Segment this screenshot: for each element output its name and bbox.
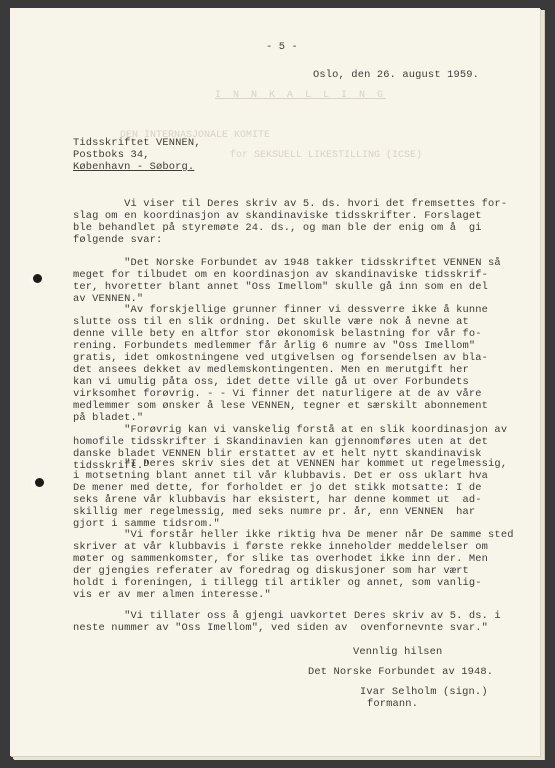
bleed-through-heading: I N N K A L L I N G [215,90,386,101]
text-line: ter, hvoretter blant annet "Oss Imellom"… [73,282,488,294]
text-line: homofile tidsskrifter i Skandinavien kan… [73,437,488,449]
text-line: De mener med dette, for forholdet er jo … [73,483,482,495]
text-line: seks årene vår klubbavis har eksistert, … [73,495,482,507]
recipient-line: Tidsskriftet VENNEN, [73,138,201,150]
punch-hole [33,274,42,283]
text-line: der gjengies referater av foredrag og di… [73,566,469,578]
text-line: det ansees dekket av medlemskontingenten… [73,365,469,377]
text-line: rening. Forbundets medlemmer får årlig 6… [73,341,475,353]
text-line: følgende svar: [73,235,162,247]
bleed-through-line: for SEKSUELL LIKESTILLING (ICSE) [230,150,422,161]
text-line: denne ville bety en altfor stor økonomis… [73,329,482,341]
text-line: meget for tilbudet om en koordinasjon av… [73,270,488,282]
punch-hole [35,478,44,487]
text-line: neste nummer av "Oss Imellom", ved siden… [73,623,488,635]
text-line: holdt i foreningen, i tillegg til artikl… [73,578,482,590]
recipient-city: København - Søborg. [73,162,194,174]
text-line: virksomhet forøvrig. - - Vi finner det n… [73,389,482,401]
text-line: kan vi umulig påta oss, idet dette ville… [73,377,469,389]
text-line: "Vi forstår heller ikke riktig hva De me… [73,530,514,542]
place-date: Oslo, den 26. august 1959. [313,70,479,82]
text-line: gratis, idet omkostningene ved utgivelse… [73,353,488,365]
text-line: møter og sammenkomster, for slike tas ov… [73,554,488,566]
text-line: "I Deres skriv sies det at VENNEN har ko… [73,459,507,471]
signatory-title: formann. [367,699,418,711]
text-line: i motsetning blant annet til vår klubbav… [73,471,488,483]
signatory-name: Ivar Selholm (sign.) [360,687,488,699]
document-page: I N N K A L L I N G DEN INTERNASJONALE K… [10,8,540,756]
text-line: skriver at vår klubbavis i første rekke … [73,542,488,554]
text-line: slutte oss til en slik ordning. Det skul… [73,317,469,329]
text-line: "Det Norske Forbundet av 1948 takker tid… [73,258,501,270]
closing-greeting: Vennlig hilsen [353,647,442,659]
text-line: "Av forskjellige grunner finner vi dessv… [73,305,488,317]
text-line: ble behandlet på styremøte 24. ds., og m… [73,223,482,235]
text-line: slag om en koordinasjon av skandinaviske… [73,211,482,223]
recipient-line: Postboks 34, [73,150,150,162]
text-line: Vi viser til Deres skriv av 5. ds. hvori… [73,199,507,211]
text-line: medlemmer som ønsker å lese VENNEN, tegn… [73,401,488,413]
text-line: "Vi tillater oss å gjengi uavkortet Dere… [73,611,501,623]
text-line: på bladet." [73,413,143,425]
text-line: vis er av mer almen interesse." [73,590,271,602]
text-line: skillig mer regelmessig, med seks numre … [73,507,475,519]
text-line: "Forøvrig kan vi vanskelig forstå at en … [73,425,507,437]
organization-name: Det Norske Forbundet av 1948. [308,667,493,679]
page-number: - 5 - [266,42,298,54]
